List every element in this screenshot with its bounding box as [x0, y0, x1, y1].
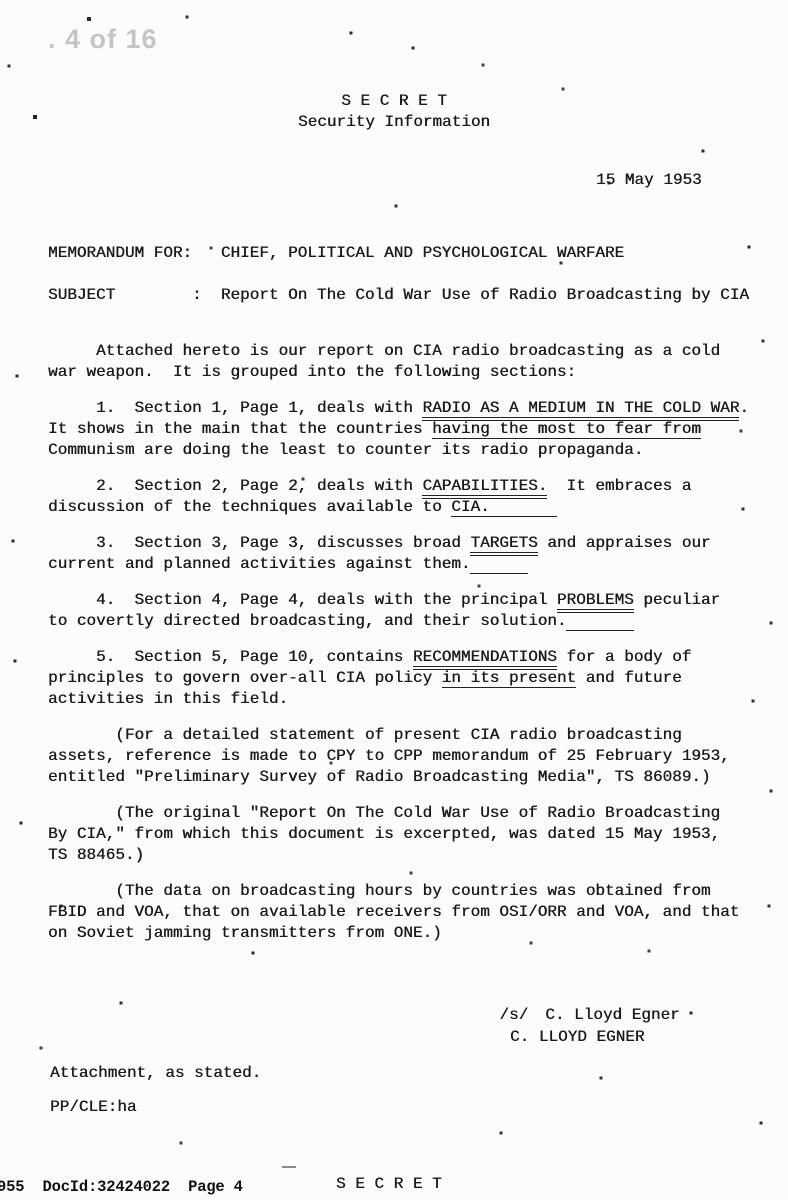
memorandum-for-line: MEMORANDUM FOR: CHIEF, POLITICAL AND PSY…: [48, 243, 758, 264]
attachment-note: Attachment, as stated.: [50, 1063, 261, 1084]
paragraph: (The original "Report On The Cold War Us…: [48, 803, 758, 866]
office-reference-line: PP/CLE:ha: [50, 1097, 136, 1118]
paragraph: (For a detailed statement of present CIA…: [48, 725, 758, 788]
scan-noise-speckles: [0, 0, 2, 2]
classification-footer: S E C R E T: [336, 1174, 442, 1195]
classification-header: S E C R E T Security Information: [0, 91, 788, 133]
footer-docid-stamp: 955 DocId:32424022 Page 4: [0, 1178, 243, 1196]
subject-line: SUBJECT : Report On The Cold War Use of …: [48, 285, 758, 306]
body-paragraphs: Attached hereto is our report on CIA rad…: [48, 341, 758, 944]
document-date: 15 May 1953: [596, 170, 702, 191]
security-information-label: Security Information: [0, 112, 788, 133]
paragraph: 4. Section 4, Page 4, deals with the pri…: [48, 590, 758, 632]
classification-top: S E C R E T: [0, 91, 788, 112]
paragraph: (The data on broadcasting hours by count…: [48, 881, 758, 944]
paragraph: 1. Section 1, Page 1, deals with RADIO A…: [48, 398, 758, 461]
signature-typed-name: C. LLOYD EGNER: [510, 1027, 644, 1048]
signature-s-mark: /s/: [499, 1006, 528, 1024]
viewer-page-indicator: . 4 of 16: [48, 24, 158, 55]
paragraph: Attached hereto is our report on CIA rad…: [48, 341, 758, 383]
scanned-memo-page: . 4 of 16 S E C R E T Security Informati…: [0, 0, 788, 1200]
document-body: MEMORANDUM FOR: CHIEF, POLITICAL AND PSY…: [48, 243, 758, 959]
signature-signed-name: C. Lloyd Egner: [545, 1006, 679, 1024]
scan-smudge: [282, 1166, 296, 1168]
paragraph: 2. Section 2, Page 2, deals with CAPABIL…: [48, 476, 758, 518]
paragraph: 5. Section 5, Page 10, contains RECOMMEN…: [48, 647, 758, 710]
paragraph: 3. Section 3, Page 3, discusses broad TA…: [48, 533, 758, 575]
